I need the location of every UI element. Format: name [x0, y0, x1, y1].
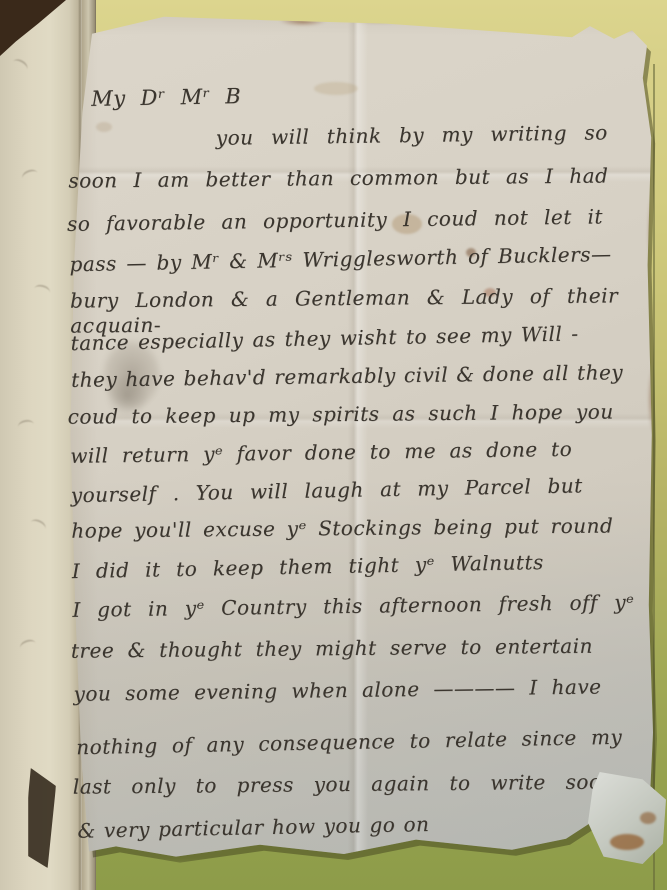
letter-line: soon I am better than common but as I ha…: [68, 163, 608, 193]
ink-bleed-mark: [19, 638, 38, 653]
letter-line: you some evening when alone ———— I have: [73, 674, 601, 706]
rust-spot: [640, 812, 656, 824]
ink-bleed-mark: [17, 419, 35, 433]
ink-bleed-mark: [28, 517, 47, 534]
letter-line: yourself . You will laugh at my Parcel b…: [71, 473, 583, 508]
letter-line: last only to press you again to write so…: [73, 769, 615, 799]
letter-line: coud to keep up my spirits as such I hop…: [68, 399, 614, 429]
letter-line: I got in yᵉ Country this afternoon fresh…: [72, 590, 634, 623]
letter-line: I did it to keep them tight yᵉ Walnutts: [72, 550, 544, 584]
letter-line: & very particular how you go on: [77, 812, 429, 844]
letter-line: tree & thought they might serve to enter…: [71, 634, 593, 664]
ink-bleed-mark: [33, 283, 51, 298]
letter-line: nothing of any consequence to relate sin…: [76, 725, 622, 760]
letter-line: so favorable an opportunity I coud not l…: [67, 204, 603, 236]
letter-line: they have behav'd remarkably civil & don…: [71, 360, 623, 393]
ink-bleed-mark: [21, 168, 40, 184]
salutation: My Dʳ Mʳ B: [91, 83, 241, 112]
letter-line: will return yᵉ favor done to me as done …: [70, 437, 572, 469]
rust-spot: [610, 834, 644, 850]
letter-line: you will think by my writing so: [216, 120, 608, 150]
handwritten-text: My Dʳ Mʳ B you will think by my writing …: [56, 2, 667, 860]
photo-of-letter: My Dʳ Mʳ B you will think by my writing …: [0, 0, 667, 890]
letter-line: pass — by Mʳ & Mʳˢ Wrigglesworth of Buck…: [69, 242, 611, 277]
letter-line: hope you'll excuse yᵉ Stockings being pu…: [71, 513, 613, 543]
ink-bleed-mark: [10, 57, 29, 75]
